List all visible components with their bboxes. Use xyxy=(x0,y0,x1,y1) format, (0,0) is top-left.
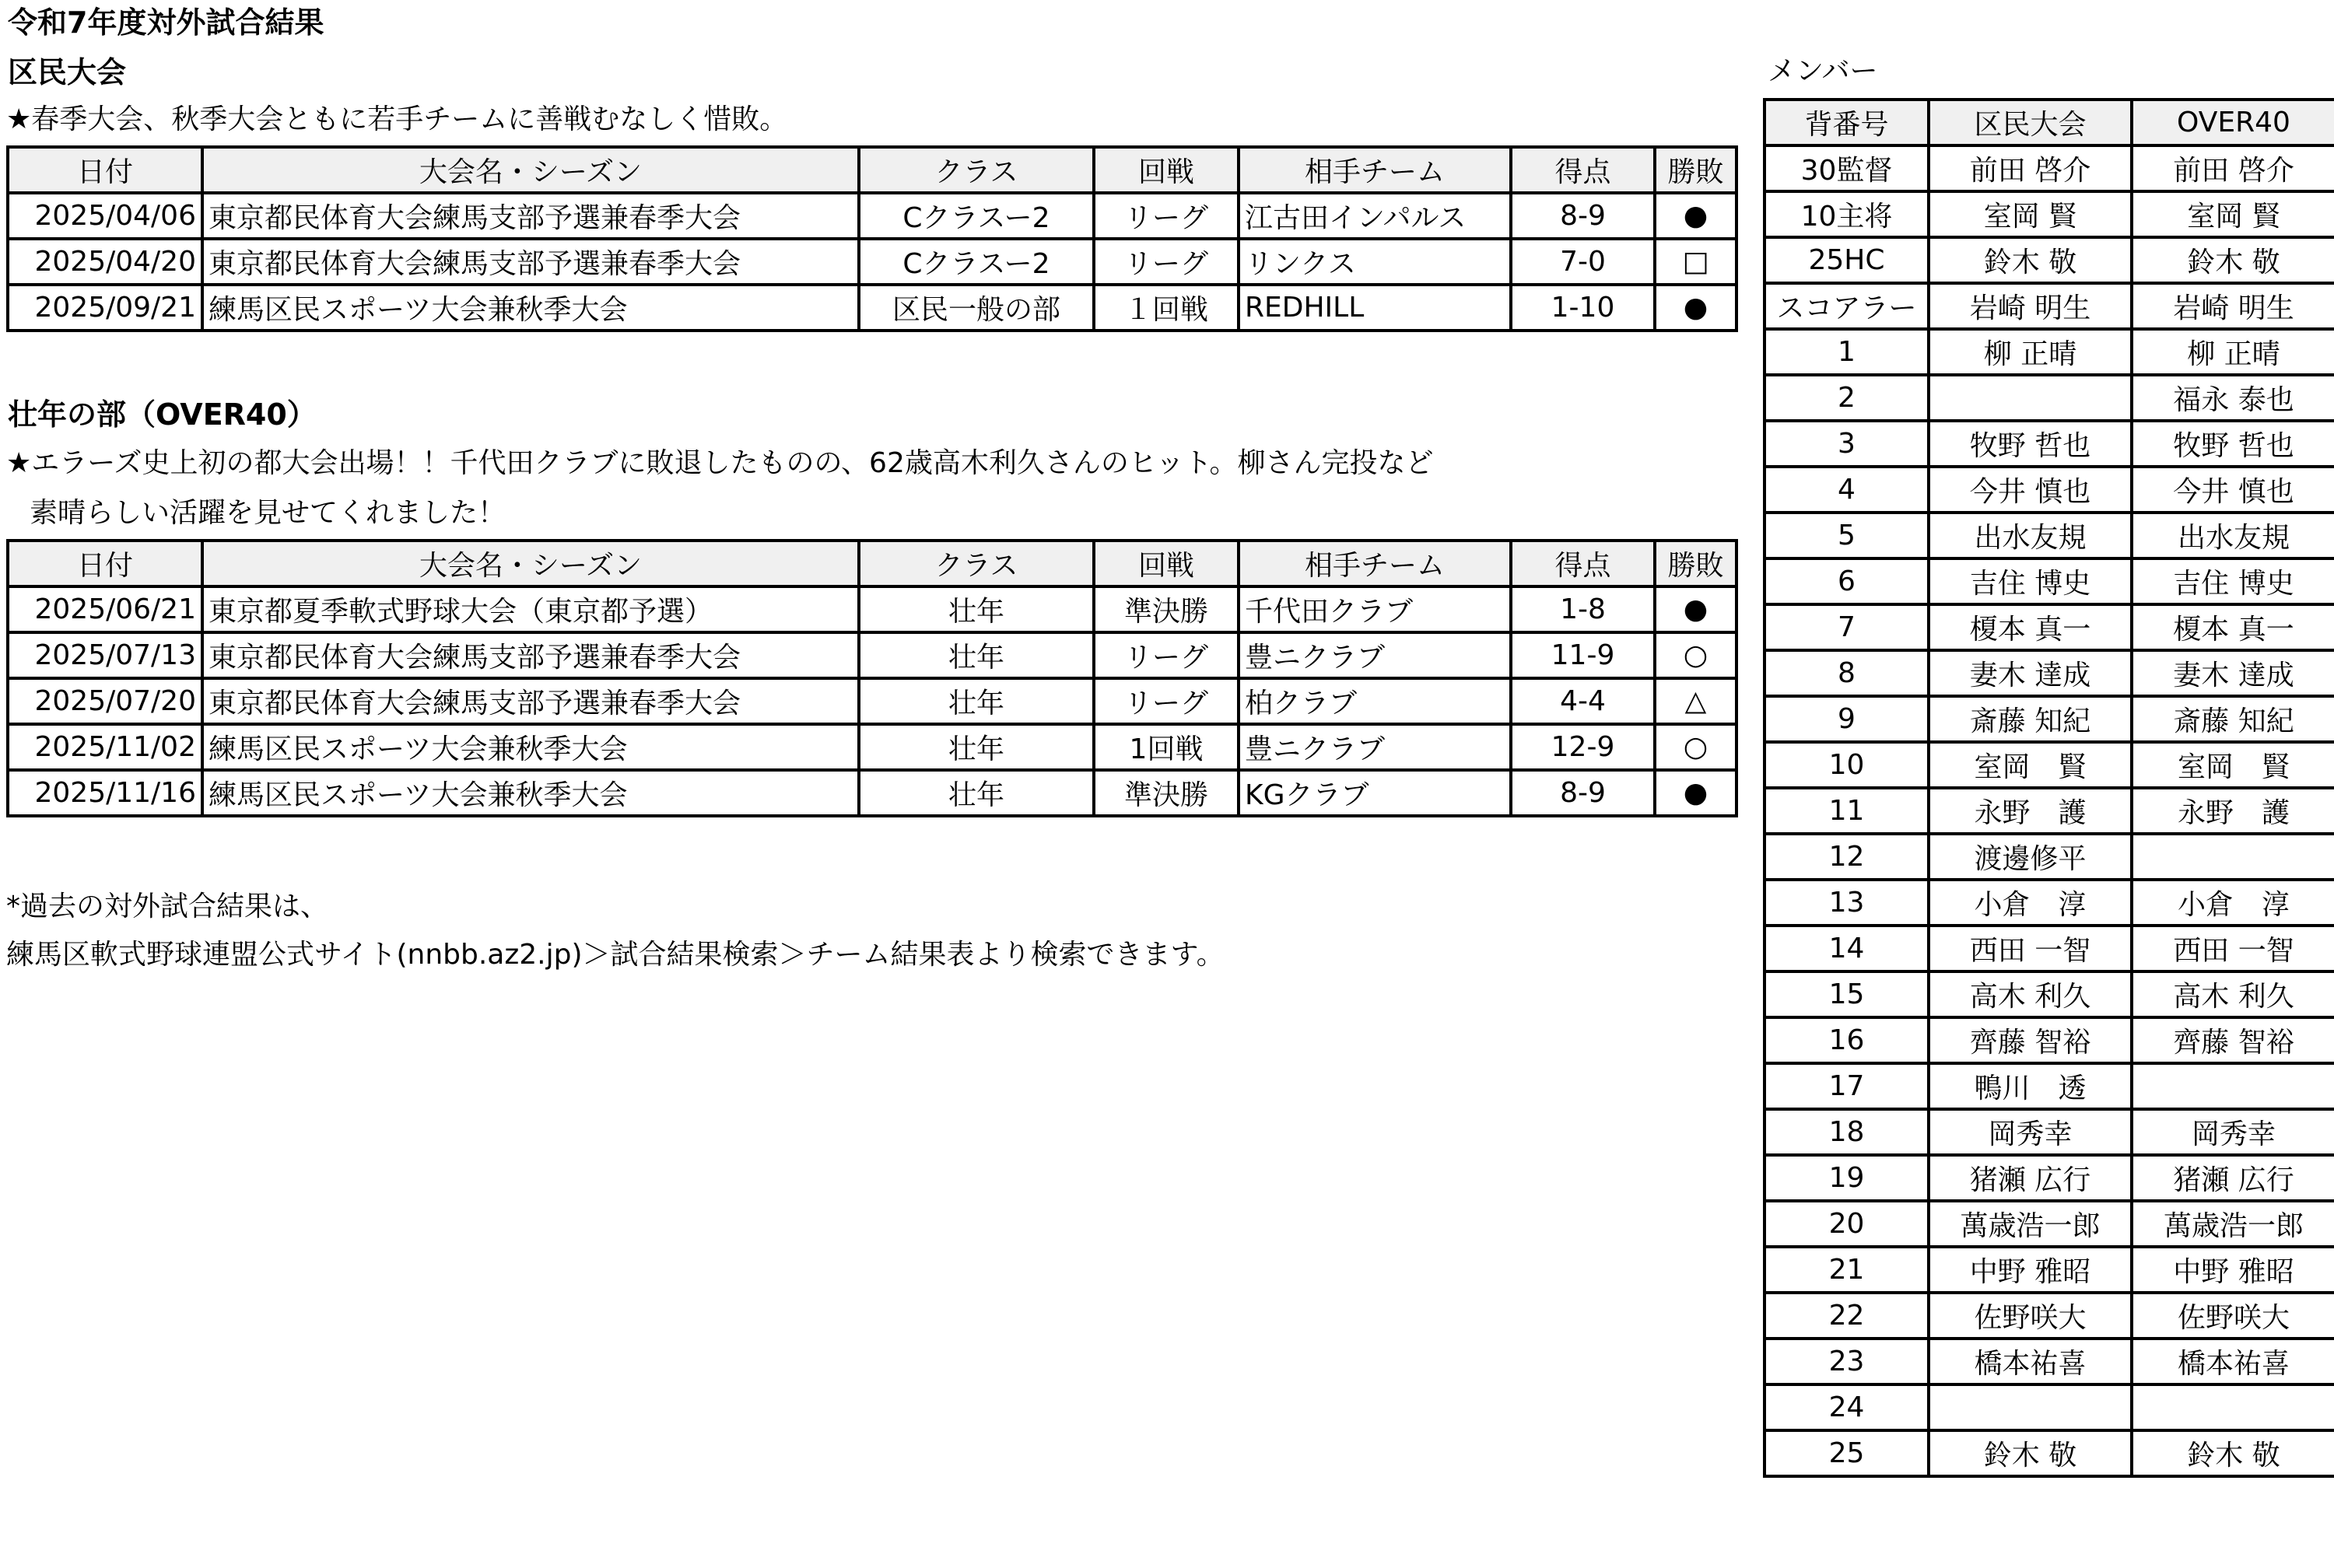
table-row: 20萬歳浩一郎萬歳浩一郎 xyxy=(1765,1201,2334,1247)
table-row: 25鈴木 敬鈴木 敬 xyxy=(1765,1430,2334,1476)
member-over40-cell xyxy=(2132,1063,2334,1109)
table-row: 2福永 泰也 xyxy=(1765,375,2334,421)
score-cell: 4-4 xyxy=(1511,678,1655,724)
member-kumin-cell: 岩崎 明生 xyxy=(1929,283,2132,329)
table-row: 21中野 雅昭中野 雅昭 xyxy=(1765,1247,2334,1293)
table-row: 23橋本祐喜橋本祐喜 xyxy=(1765,1339,2334,1384)
member-number-cell: 15 xyxy=(1765,971,1929,1017)
member-kumin-cell: 高木 利久 xyxy=(1929,971,2132,1017)
round-cell: リーグ xyxy=(1094,632,1239,678)
column-header-round: 回戦 xyxy=(1094,541,1239,586)
table-row: 9斎藤 知紀斎藤 知紀 xyxy=(1765,696,2334,742)
member-number-cell: 17 xyxy=(1765,1063,1929,1109)
score-cell: 8-9 xyxy=(1511,770,1655,816)
footer-note-line1: *過去の対外試合結果は、 xyxy=(6,893,328,921)
table-row: 2025/11/02 練馬区民スポーツ大会兼秋季大会 壮年 1回戦 豊ニクラブ … xyxy=(8,724,1736,770)
member-over40-cell: 前田 啓介 xyxy=(2132,145,2334,191)
table-row: 4今井 慎也今井 慎也 xyxy=(1765,467,2334,513)
class-cell: Cクラスー2 xyxy=(859,193,1094,239)
tournament-cell: 練馬区民スポーツ大会兼秋季大会 xyxy=(202,724,859,770)
table-row: 14西田 一智西田 一智 xyxy=(1765,926,2334,971)
tournament-cell: 東京都民体育大会練馬支部予選兼春季大会 xyxy=(202,632,859,678)
member-over40-cell: 牧野 哲也 xyxy=(2132,421,2334,467)
column-header-class: クラス xyxy=(859,147,1094,193)
round-cell: １回戦 xyxy=(1094,285,1239,331)
member-number-cell: 25 xyxy=(1765,1430,1929,1476)
member-over40-cell: 斎藤 知紀 xyxy=(2132,696,2334,742)
class-cell: 壮年 xyxy=(859,770,1094,816)
table-row: 22佐野咲大佐野咲大 xyxy=(1765,1293,2334,1339)
member-over40-cell: 萬歳浩一郎 xyxy=(2132,1201,2334,1247)
round-cell: リーグ xyxy=(1094,678,1239,724)
column-header-number: 背番号 xyxy=(1765,100,1929,145)
result-forfeit-win-icon: □ xyxy=(1655,239,1736,285)
member-number-cell: 8 xyxy=(1765,650,1929,696)
member-kumin-cell: 永野 護 xyxy=(1929,788,2132,834)
member-over40-cell: 室岡 賢 xyxy=(2132,191,2334,237)
member-kumin-cell: 鈴木 敬 xyxy=(1929,237,2132,283)
member-kumin-cell xyxy=(1929,375,2132,421)
class-cell: Cクラスー2 xyxy=(859,239,1094,285)
table-row: 19猪瀬 広行猪瀬 広行 xyxy=(1765,1155,2334,1201)
round-cell: 1回戦 xyxy=(1094,724,1239,770)
score-cell: 7-0 xyxy=(1511,239,1655,285)
table-row: 2025/07/20 東京都民体育大会練馬支部予選兼春季大会 壮年 リーグ 柏ク… xyxy=(8,678,1736,724)
member-kumin-cell: 室岡 賢 xyxy=(1929,742,2132,788)
member-kumin-cell: 妻木 達成 xyxy=(1929,650,2132,696)
opponent-cell: 豊ニクラブ xyxy=(1239,724,1511,770)
member-over40-cell: 小倉 淳 xyxy=(2132,880,2334,926)
result-win-icon: ○ xyxy=(1655,632,1736,678)
member-kumin-cell: 猪瀬 広行 xyxy=(1929,1155,2132,1201)
opponent-cell: 柏クラブ xyxy=(1239,678,1511,724)
member-over40-cell: 鈴木 敬 xyxy=(2132,237,2334,283)
member-number-cell: 10主将 xyxy=(1765,191,1929,237)
table-row: 15高木 利久高木 利久 xyxy=(1765,971,2334,1017)
member-over40-cell: 室岡 賢 xyxy=(2132,742,2334,788)
column-header-date: 日付 xyxy=(8,147,202,193)
tournament-cell: 練馬区民スポーツ大会兼秋季大会 xyxy=(202,770,859,816)
member-number-cell: 22 xyxy=(1765,1293,1929,1339)
table-row: 17鴨川 透 xyxy=(1765,1063,2334,1109)
member-kumin-cell: 岡秀幸 xyxy=(1929,1109,2132,1155)
member-kumin-cell: 吉住 博史 xyxy=(1929,558,2132,604)
opponent-cell: KGクラブ xyxy=(1239,770,1511,816)
member-kumin-cell: 渡邊修平 xyxy=(1929,834,2132,880)
member-kumin-cell: 榎本 真一 xyxy=(1929,604,2132,650)
table-header-row: 背番号 区民大会 OVER40 xyxy=(1765,100,2334,145)
score-cell: 1-8 xyxy=(1511,586,1655,632)
table-row: 18岡秀幸岡秀幸 xyxy=(1765,1109,2334,1155)
over40-section-note-line2: 素晴らしい活躍を見せてくれました！ xyxy=(30,499,506,527)
score-cell: 12-9 xyxy=(1511,724,1655,770)
table-row: 10室岡 賢室岡 賢 xyxy=(1765,742,2334,788)
date-cell: 2025/04/20 xyxy=(8,239,202,285)
round-cell: 準決勝 xyxy=(1094,770,1239,816)
tournament-cell: 東京都民体育大会練馬支部予選兼春季大会 xyxy=(202,239,859,285)
table-row: 12渡邊修平 xyxy=(1765,834,2334,880)
column-header-date: 日付 xyxy=(8,541,202,586)
opponent-cell: リンクス xyxy=(1239,239,1511,285)
member-number-cell: 21 xyxy=(1765,1247,1929,1293)
member-over40-cell: 鈴木 敬 xyxy=(2132,1430,2334,1476)
over40-section-heading: 壮年の部（OVER40） xyxy=(8,400,317,429)
member-number-cell: 9 xyxy=(1765,696,1929,742)
column-header-score: 得点 xyxy=(1511,147,1655,193)
member-number-cell: 23 xyxy=(1765,1339,1929,1384)
member-number-cell: スコアラー xyxy=(1765,283,1929,329)
table-row: 7榎本 真一榎本 真一 xyxy=(1765,604,2334,650)
member-number-cell: 20 xyxy=(1765,1201,1929,1247)
table-row: 2025/11/16 練馬区民スポーツ大会兼秋季大会 壮年 準決勝 KGクラブ … xyxy=(8,770,1736,816)
date-cell: 2025/09/21 xyxy=(8,285,202,331)
page-title: 令和7年度対外試合結果 xyxy=(8,8,324,37)
opponent-cell: 豊ニクラブ xyxy=(1239,632,1511,678)
table-row: 5出水友規出水友規 xyxy=(1765,513,2334,558)
member-number-cell: 3 xyxy=(1765,421,1929,467)
class-cell: 壮年 xyxy=(859,724,1094,770)
class-cell: 壮年 xyxy=(859,632,1094,678)
member-number-cell: 14 xyxy=(1765,926,1929,971)
members-label: メンバー xyxy=(1768,58,1877,86)
score-cell: 1-10 xyxy=(1511,285,1655,331)
member-over40-cell: 猪瀬 広行 xyxy=(2132,1155,2334,1201)
member-number-cell: 18 xyxy=(1765,1109,1929,1155)
member-kumin-cell: 出水友規 xyxy=(1929,513,2132,558)
column-header-round: 回戦 xyxy=(1094,147,1239,193)
member-kumin-cell: 萬歳浩一郎 xyxy=(1929,1201,2132,1247)
result-loss-icon: ● xyxy=(1655,770,1736,816)
table-row: スコアラー岩崎 明生岩崎 明生 xyxy=(1765,283,2334,329)
table-row: 13小倉 淳小倉 淳 xyxy=(1765,880,2334,926)
member-number-cell: 16 xyxy=(1765,1017,1929,1063)
table-row: 25HC鈴木 敬鈴木 敬 xyxy=(1765,237,2334,283)
member-kumin-cell: 室岡 賢 xyxy=(1929,191,2132,237)
score-cell: 8-9 xyxy=(1511,193,1655,239)
column-header-tournament: 大会名・シーズン xyxy=(202,147,859,193)
member-over40-cell: 今井 慎也 xyxy=(2132,467,2334,513)
member-kumin-cell: 牧野 哲也 xyxy=(1929,421,2132,467)
member-over40-cell: 佐野咲大 xyxy=(2132,1293,2334,1339)
result-loss-icon: ● xyxy=(1655,586,1736,632)
table-row: 6吉住 博史吉住 博史 xyxy=(1765,558,2334,604)
member-over40-cell: 永野 護 xyxy=(2132,788,2334,834)
kumin-section-note: ★春季大会、秋季大会ともに若手チームに善戦むなしく惜敗。 xyxy=(6,106,787,134)
class-cell: 壮年 xyxy=(859,678,1094,724)
table-row: 30監督前田 啓介前田 啓介 xyxy=(1765,145,2334,191)
member-number-cell: 1 xyxy=(1765,329,1929,375)
date-cell: 2025/11/02 xyxy=(8,724,202,770)
member-over40-cell: 岡秀幸 xyxy=(2132,1109,2334,1155)
table-row: 2025/04/20 東京都民体育大会練馬支部予選兼春季大会 Cクラスー2 リー… xyxy=(8,239,1736,285)
member-number-cell: 19 xyxy=(1765,1155,1929,1201)
opponent-cell: 千代田クラブ xyxy=(1239,586,1511,632)
member-over40-cell xyxy=(2132,1384,2334,1430)
table-row: 3牧野 哲也牧野 哲也 xyxy=(1765,421,2334,467)
member-kumin-cell: 斎藤 知紀 xyxy=(1929,696,2132,742)
member-number-cell: 13 xyxy=(1765,880,1929,926)
member-over40-cell: 岩崎 明生 xyxy=(2132,283,2334,329)
column-header-result: 勝敗 xyxy=(1655,541,1736,586)
member-over40-cell: 西田 一智 xyxy=(2132,926,2334,971)
table-row: 10主将室岡 賢室岡 賢 xyxy=(1765,191,2334,237)
member-over40-cell xyxy=(2132,834,2334,880)
member-kumin-cell: 中野 雅昭 xyxy=(1929,1247,2132,1293)
over40-section-note-line1: ★エラーズ史上初の都大会出場！！千代田クラブに敗退したものの、62歳高木利久さん… xyxy=(6,450,1434,478)
member-over40-cell: 妻木 達成 xyxy=(2132,650,2334,696)
column-header-over40: OVER40 xyxy=(2132,100,2334,145)
tournament-cell: 東京都民体育大会練馬支部予選兼春季大会 xyxy=(202,193,859,239)
tournament-cell: 東京都民体育大会練馬支部予選兼春季大会 xyxy=(202,678,859,724)
result-loss-icon: ● xyxy=(1655,193,1736,239)
table-header-row: 日付 大会名・シーズン クラス 回戦 相手チーム 得点 勝敗 xyxy=(8,147,1736,193)
table-row: 11永野 護永野 護 xyxy=(1765,788,2334,834)
member-number-cell: 10 xyxy=(1765,742,1929,788)
table-row: 2025/09/21 練馬区民スポーツ大会兼秋季大会 区民一般の部 １回戦 RE… xyxy=(8,285,1736,331)
round-cell: リーグ xyxy=(1094,193,1239,239)
date-cell: 2025/11/16 xyxy=(8,770,202,816)
result-draw-icon: △ xyxy=(1655,678,1736,724)
member-number-cell: 4 xyxy=(1765,467,1929,513)
member-over40-cell: 榎本 真一 xyxy=(2132,604,2334,650)
members-table: 背番号 区民大会 OVER40 30監督前田 啓介前田 啓介10主将室岡 賢室岡… xyxy=(1763,98,2334,1478)
table-row: 1柳 正晴柳 正晴 xyxy=(1765,329,2334,375)
member-kumin-cell: 前田 啓介 xyxy=(1929,145,2132,191)
date-cell: 2025/07/20 xyxy=(8,678,202,724)
date-cell: 2025/07/13 xyxy=(8,632,202,678)
column-header-class: クラス xyxy=(859,541,1094,586)
column-header-kumin: 区民大会 xyxy=(1929,100,2132,145)
result-loss-icon: ● xyxy=(1655,285,1736,331)
member-over40-cell: 高木 利久 xyxy=(2132,971,2334,1017)
opponent-cell: 江古田インパルス xyxy=(1239,193,1511,239)
table-row: 2025/07/13 東京都民体育大会練馬支部予選兼春季大会 壮年 リーグ 豊ニ… xyxy=(8,632,1736,678)
member-over40-cell: 出水友規 xyxy=(2132,513,2334,558)
member-kumin-cell xyxy=(1929,1384,2132,1430)
member-over40-cell: 柳 正晴 xyxy=(2132,329,2334,375)
member-over40-cell: 橋本祐喜 xyxy=(2132,1339,2334,1384)
member-kumin-cell: 佐野咲大 xyxy=(1929,1293,2132,1339)
class-cell: 壮年 xyxy=(859,586,1094,632)
column-header-opponent: 相手チーム xyxy=(1239,541,1511,586)
member-number-cell: 11 xyxy=(1765,788,1929,834)
round-cell: リーグ xyxy=(1094,239,1239,285)
member-kumin-cell: 今井 慎也 xyxy=(1929,467,2132,513)
table-row: 24 xyxy=(1765,1384,2334,1430)
member-over40-cell: 中野 雅昭 xyxy=(2132,1247,2334,1293)
member-number-cell: 24 xyxy=(1765,1384,1929,1430)
result-win-icon: ○ xyxy=(1655,724,1736,770)
member-over40-cell: 福永 泰也 xyxy=(2132,375,2334,421)
kumin-results-table: 日付 大会名・シーズン クラス 回戦 相手チーム 得点 勝敗 2025/04/0… xyxy=(6,145,1738,332)
member-kumin-cell: 柳 正晴 xyxy=(1929,329,2132,375)
member-number-cell: 30監督 xyxy=(1765,145,1929,191)
member-kumin-cell: 鴨川 透 xyxy=(1929,1063,2132,1109)
table-row: 16齊藤 智裕齊藤 智裕 xyxy=(1765,1017,2334,1063)
member-over40-cell: 吉住 博史 xyxy=(2132,558,2334,604)
tournament-cell: 練馬区民スポーツ大会兼秋季大会 xyxy=(202,285,859,331)
member-number-cell: 5 xyxy=(1765,513,1929,558)
column-header-result: 勝敗 xyxy=(1655,147,1736,193)
tournament-cell: 東京都夏季軟式野球大会（東京都予選） xyxy=(202,586,859,632)
column-header-opponent: 相手チーム xyxy=(1239,147,1511,193)
member-kumin-cell: 西田 一智 xyxy=(1929,926,2132,971)
date-cell: 2025/06/21 xyxy=(8,586,202,632)
column-header-tournament: 大会名・シーズン xyxy=(202,541,859,586)
members-body: 30監督前田 啓介前田 啓介10主将室岡 賢室岡 賢25HC鈴木 敬鈴木 敬スコ… xyxy=(1765,145,2334,1476)
member-kumin-cell: 橋本祐喜 xyxy=(1929,1339,2132,1384)
round-cell: 準決勝 xyxy=(1094,586,1239,632)
member-over40-cell: 齊藤 智裕 xyxy=(2132,1017,2334,1063)
table-row: 8妻木 達成妻木 達成 xyxy=(1765,650,2334,696)
member-kumin-cell: 小倉 淳 xyxy=(1929,880,2132,926)
score-cell: 11-9 xyxy=(1511,632,1655,678)
member-kumin-cell: 鈴木 敬 xyxy=(1929,1430,2132,1476)
over40-results-table: 日付 大会名・シーズン クラス 回戦 相手チーム 得点 勝敗 2025/06/2… xyxy=(6,539,1738,817)
member-number-cell: 2 xyxy=(1765,375,1929,421)
table-row: 2025/06/21 東京都夏季軟式野球大会（東京都予選） 壮年 準決勝 千代田… xyxy=(8,586,1736,632)
member-number-cell: 7 xyxy=(1765,604,1929,650)
kumin-section-heading: 区民大会 xyxy=(8,58,126,87)
member-number-cell: 12 xyxy=(1765,834,1929,880)
date-cell: 2025/04/06 xyxy=(8,193,202,239)
footer-note-line2: 練馬区軟式野球連盟公式サイト(nnbb.az2.jp)＞試合結果検索＞チーム結果… xyxy=(6,941,1225,969)
table-row: 2025/04/06 東京都民体育大会練馬支部予選兼春季大会 Cクラスー2 リー… xyxy=(8,193,1736,239)
class-cell: 区民一般の部 xyxy=(859,285,1094,331)
member-kumin-cell: 齊藤 智裕 xyxy=(1929,1017,2132,1063)
table-header-row: 日付 大会名・シーズン クラス 回戦 相手チーム 得点 勝敗 xyxy=(8,541,1736,586)
member-number-cell: 25HC xyxy=(1765,237,1929,283)
column-header-score: 得点 xyxy=(1511,541,1655,586)
opponent-cell: REDHILL xyxy=(1239,285,1511,331)
member-number-cell: 6 xyxy=(1765,558,1929,604)
